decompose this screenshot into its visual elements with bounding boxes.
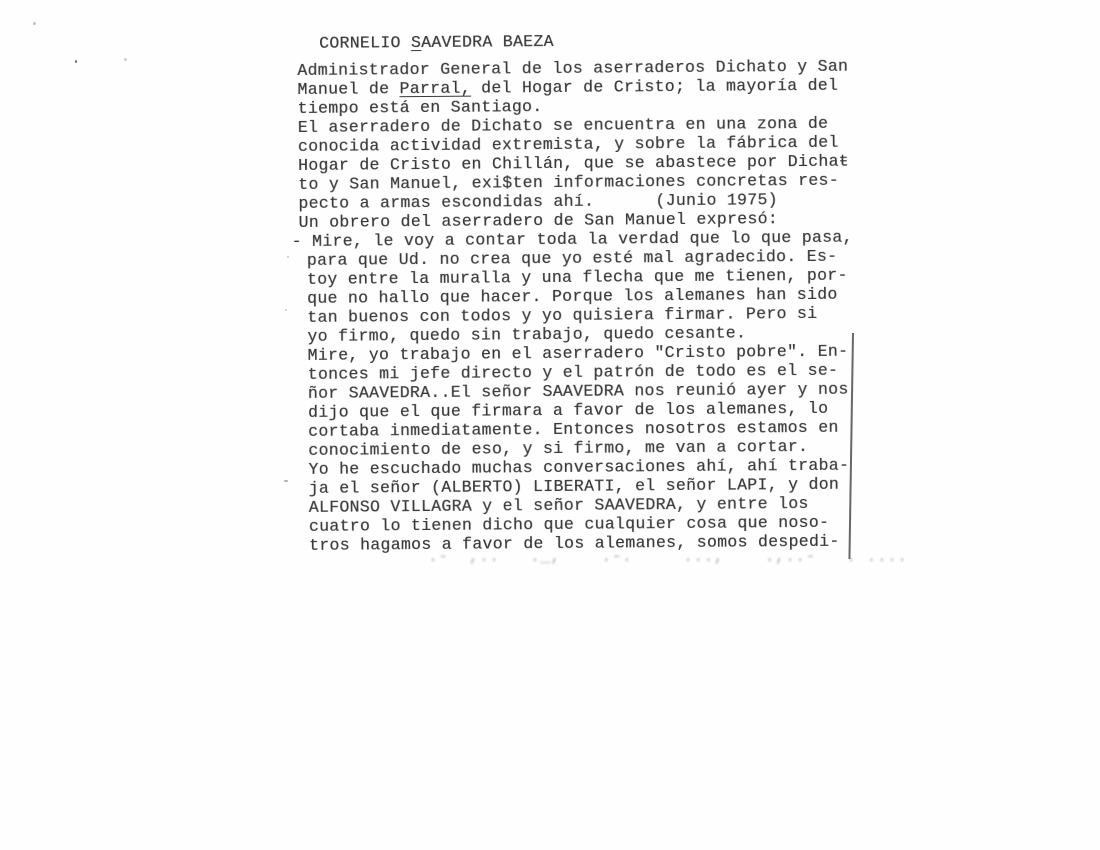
text-segment: del Hogar de Cristo; la mayoría del <box>471 76 838 98</box>
scan-speck <box>75 60 77 63</box>
text-segment: tiempo está en Santiago. <box>298 97 543 118</box>
scan-speck <box>287 256 289 258</box>
document-text-block: CORNELIO SAAVEDRA BAEZAAdministrador Gen… <box>297 30 855 555</box>
faded-ghost-text-line: .- ,.. ._, .-. ..., .,..- . .... <box>428 547 868 566</box>
scanned-document-page: CORNELIO SAAVEDRA BAEZAAdministrador Gen… <box>0 0 1100 850</box>
scan-speck <box>124 58 127 61</box>
scan-speck <box>33 22 36 25</box>
underlined-text: Parral, <box>399 79 471 99</box>
scan-speck <box>285 309 287 311</box>
underlined-text: S <box>411 33 421 52</box>
text-segment: CORNELIO <box>319 33 411 53</box>
text-segment: Manuel de <box>297 79 399 99</box>
text-segment: AAVEDRA BAEZA <box>421 32 554 52</box>
scan-speck <box>284 480 288 482</box>
document-title: CORNELIO SAAVEDRA BAEZA <box>319 30 851 53</box>
